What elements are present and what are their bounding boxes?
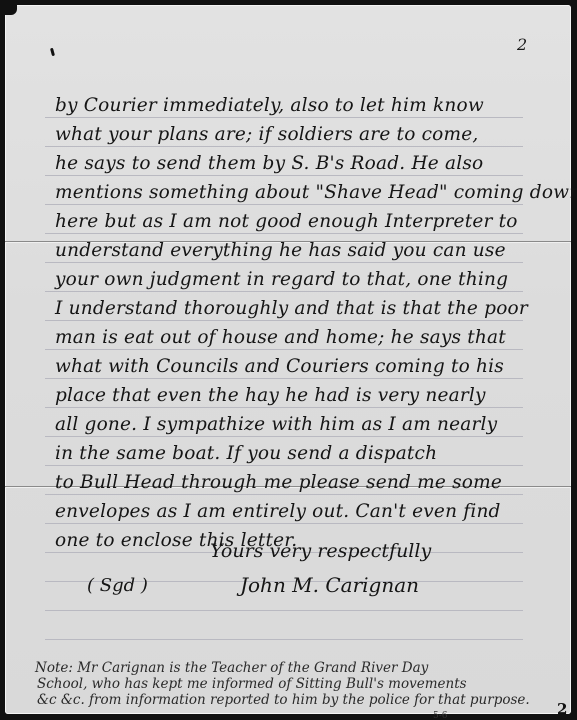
ink-blot [50, 48, 55, 57]
signed-marker: ( Sgd ) [87, 575, 148, 596]
letter-line: man is eat out of house and home; he say… [55, 326, 531, 350]
letter-page: 2 by Courier immediately, also to let hi… [5, 5, 571, 714]
footnote-line: School, who has kept me informed of Sitt… [37, 676, 541, 693]
closing-salutation: Yours very respectfully [210, 540, 431, 562]
letter-line: here but as I am not good enough Interpr… [55, 210, 531, 234]
letter-line: in the same boat. If you send a dispatch [55, 442, 531, 466]
signature: John M. Carignan [240, 573, 419, 597]
letter-line: understand everything he has said you ca… [55, 239, 531, 263]
letter-line: place that even the hay he had is very n… [55, 384, 531, 408]
letter-line: your own judgment in regard to that, one… [55, 268, 531, 292]
letter-line: envelopes as I am entirely out. Can't ev… [55, 500, 531, 524]
footnote-line: &c &c. from information reported to him … [37, 692, 541, 709]
letter-line: to Bull Head through me please send me s… [55, 471, 531, 495]
letter-line: by Courier immediately, also to let him … [55, 94, 531, 118]
letter-line: mentions something about "Shave Head" co… [55, 181, 531, 205]
archive-stamp: 5-6 [433, 711, 448, 720]
letter-line: he says to send them by S. B's Road. He … [55, 152, 531, 176]
ruled-line [45, 639, 523, 640]
letter-line: all gone. I sympathize with him as I am … [55, 413, 531, 437]
ruled-line [45, 610, 523, 611]
footnote-line: Note: Mr Carignan is the Teacher of the … [35, 660, 541, 677]
letter-line: I understand thoroughly and that is that… [55, 297, 531, 321]
letter-line: what with Councils and Couriers coming t… [55, 355, 531, 379]
letter-line: what your plans are; if soldiers are to … [55, 123, 531, 147]
page-number: 2 [517, 35, 527, 54]
folio-number: 2 [557, 700, 567, 718]
